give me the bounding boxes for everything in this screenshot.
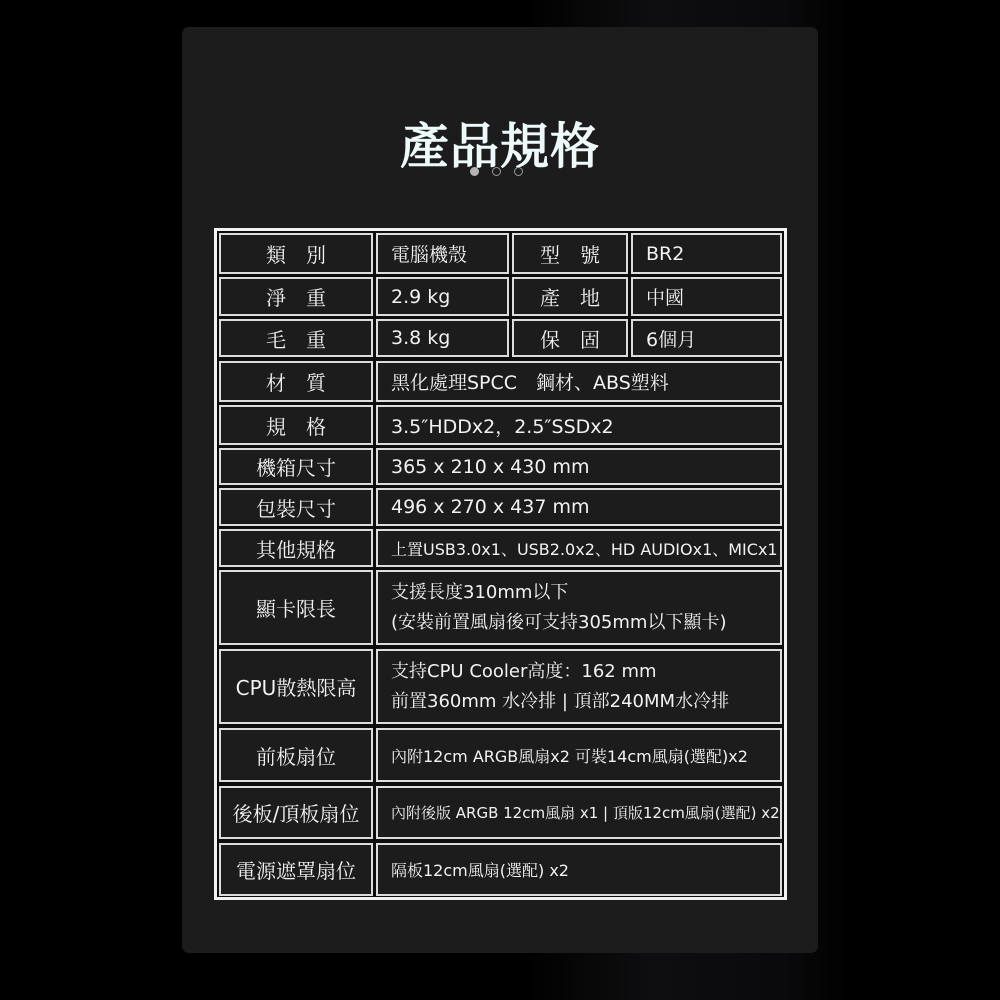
value-text: 3.8 kg [391,327,450,349]
label-text: 型 號 [540,239,600,268]
value-text: 6個月 [646,325,696,352]
value-text: 隔板12cm風扇(選配) x2 [391,858,569,881]
spec-label-drive-bays: 規 格 [219,405,373,445]
spec-value-gross-weight: 3.8 kg [376,319,509,357]
value-text-line2: (安裝前置風扇後可支持305mm以下顯卡) [391,608,726,638]
spec-label-warranty: 保 固 [512,319,628,357]
spec-label-rear-top-fans: 後板/頂板扇位 [219,786,373,839]
pagination-dot[interactable] [514,167,523,176]
spec-value-rear-top-fans: 內附後版 ARGB 12cm風扇 x1 | 頂版12cm風扇(選配) x2 [376,786,782,839]
value-text: 內附12cm ARGB風扇x2 可裝14cm風扇(選配)x2 [391,744,748,767]
spec-value-model: BR2 [631,233,782,274]
spec-value-warranty: 6個月 [631,319,782,357]
value-text: 496 x 270 x 437 mm [391,496,590,518]
label-text: 產 地 [540,282,600,311]
value-text: 黑化處理SPCC 鋼材、ABS塑料 [391,368,669,395]
label-text: 保 固 [540,324,600,353]
spec-label-front-fans: 前板扇位 [219,728,373,782]
spec-value-net-weight: 2.9 kg [376,277,509,316]
spec-label-cpu-cooler: CPU散熱限高 [219,649,373,724]
spec-label-material: 材 質 [219,361,373,402]
spec-label-net-weight: 淨 重 [219,277,373,316]
spec-label-package-size: 包裝尺寸 [219,488,373,526]
pagination-dot-active[interactable] [470,167,479,176]
value-text: 中國 [646,283,684,310]
value-text-line1: 支持CPU Cooler高度：162 mm [391,657,657,687]
spec-label-io: 其他規格 [219,529,373,567]
pagination-dots [470,167,523,176]
spec-value-io: 上置USB3.0x1、USB2.0x2、HD AUDIOx1、MICx1 [376,529,782,567]
label-text: 毛 重 [266,324,326,353]
label-text: 規 格 [266,411,326,440]
label-text: 類 別 [266,239,326,268]
spec-label-category: 類 別 [219,233,373,274]
pagination-dot[interactable] [492,167,501,176]
label-text: 電源遮罩扇位 [236,855,356,884]
spec-label-model: 型 號 [512,233,628,274]
label-text: 顯卡限長 [256,593,336,622]
value-text: 上置USB3.0x1、USB2.0x2、HD AUDIOx1、MICx1 [391,537,778,560]
spec-label-gpu-length: 顯卡限長 [219,570,373,645]
spec-value-cpu-cooler: 支持CPU Cooler高度：162 mm 前置360mm 水冷排 | 頂部24… [376,649,782,724]
value-text-line1: 支援長度310mm以下 [391,578,568,608]
label-text: CPU散熱限高 [236,672,357,701]
label-text: 前板扇位 [256,741,336,770]
spec-value-case-size: 365 x 210 x 430 mm [376,448,782,485]
spec-value-category: 電腦機殼 [376,233,509,274]
spec-label-gross-weight: 毛 重 [219,319,373,357]
spec-label-origin: 產 地 [512,277,628,316]
label-text: 材 質 [266,367,326,396]
label-text: 機箱尺寸 [256,452,336,481]
spec-value-gpu-length: 支援長度310mm以下 (安裝前置風扇後可支持305mm以下顯卡) [376,570,782,645]
value-text: BR2 [646,243,684,265]
value-text-line2: 前置360mm 水冷排 | 頂部240MM水冷排 [391,687,729,717]
label-text: 後板/頂板扇位 [233,798,360,827]
spec-label-case-size: 機箱尺寸 [219,448,373,485]
spec-value-origin: 中國 [631,277,782,316]
spec-value-package-size: 496 x 270 x 437 mm [376,488,782,526]
value-text: 365 x 210 x 430 mm [391,456,590,478]
value-text: 3.5″HDDx2，2.5″SSDx2 [391,412,614,439]
spec-value-front-fans: 內附12cm ARGB風扇x2 可裝14cm風扇(選配)x2 [376,728,782,782]
value-text: 電腦機殼 [391,240,467,267]
spec-value-material: 黑化處理SPCC 鋼材、ABS塑料 [376,361,782,402]
value-text: 內附後版 ARGB 12cm風扇 x1 | 頂版12cm風扇(選配) x2 [391,802,780,823]
label-text: 其他規格 [256,534,336,563]
value-text: 2.9 kg [391,286,450,308]
spec-label-psu-shroud-fans: 電源遮罩扇位 [219,843,373,896]
label-text: 淨 重 [266,282,326,311]
label-text: 包裝尺寸 [256,493,336,522]
spec-value-psu-shroud-fans: 隔板12cm風扇(選配) x2 [376,843,782,896]
spec-value-drive-bays: 3.5″HDDx2，2.5″SSDx2 [376,405,782,445]
